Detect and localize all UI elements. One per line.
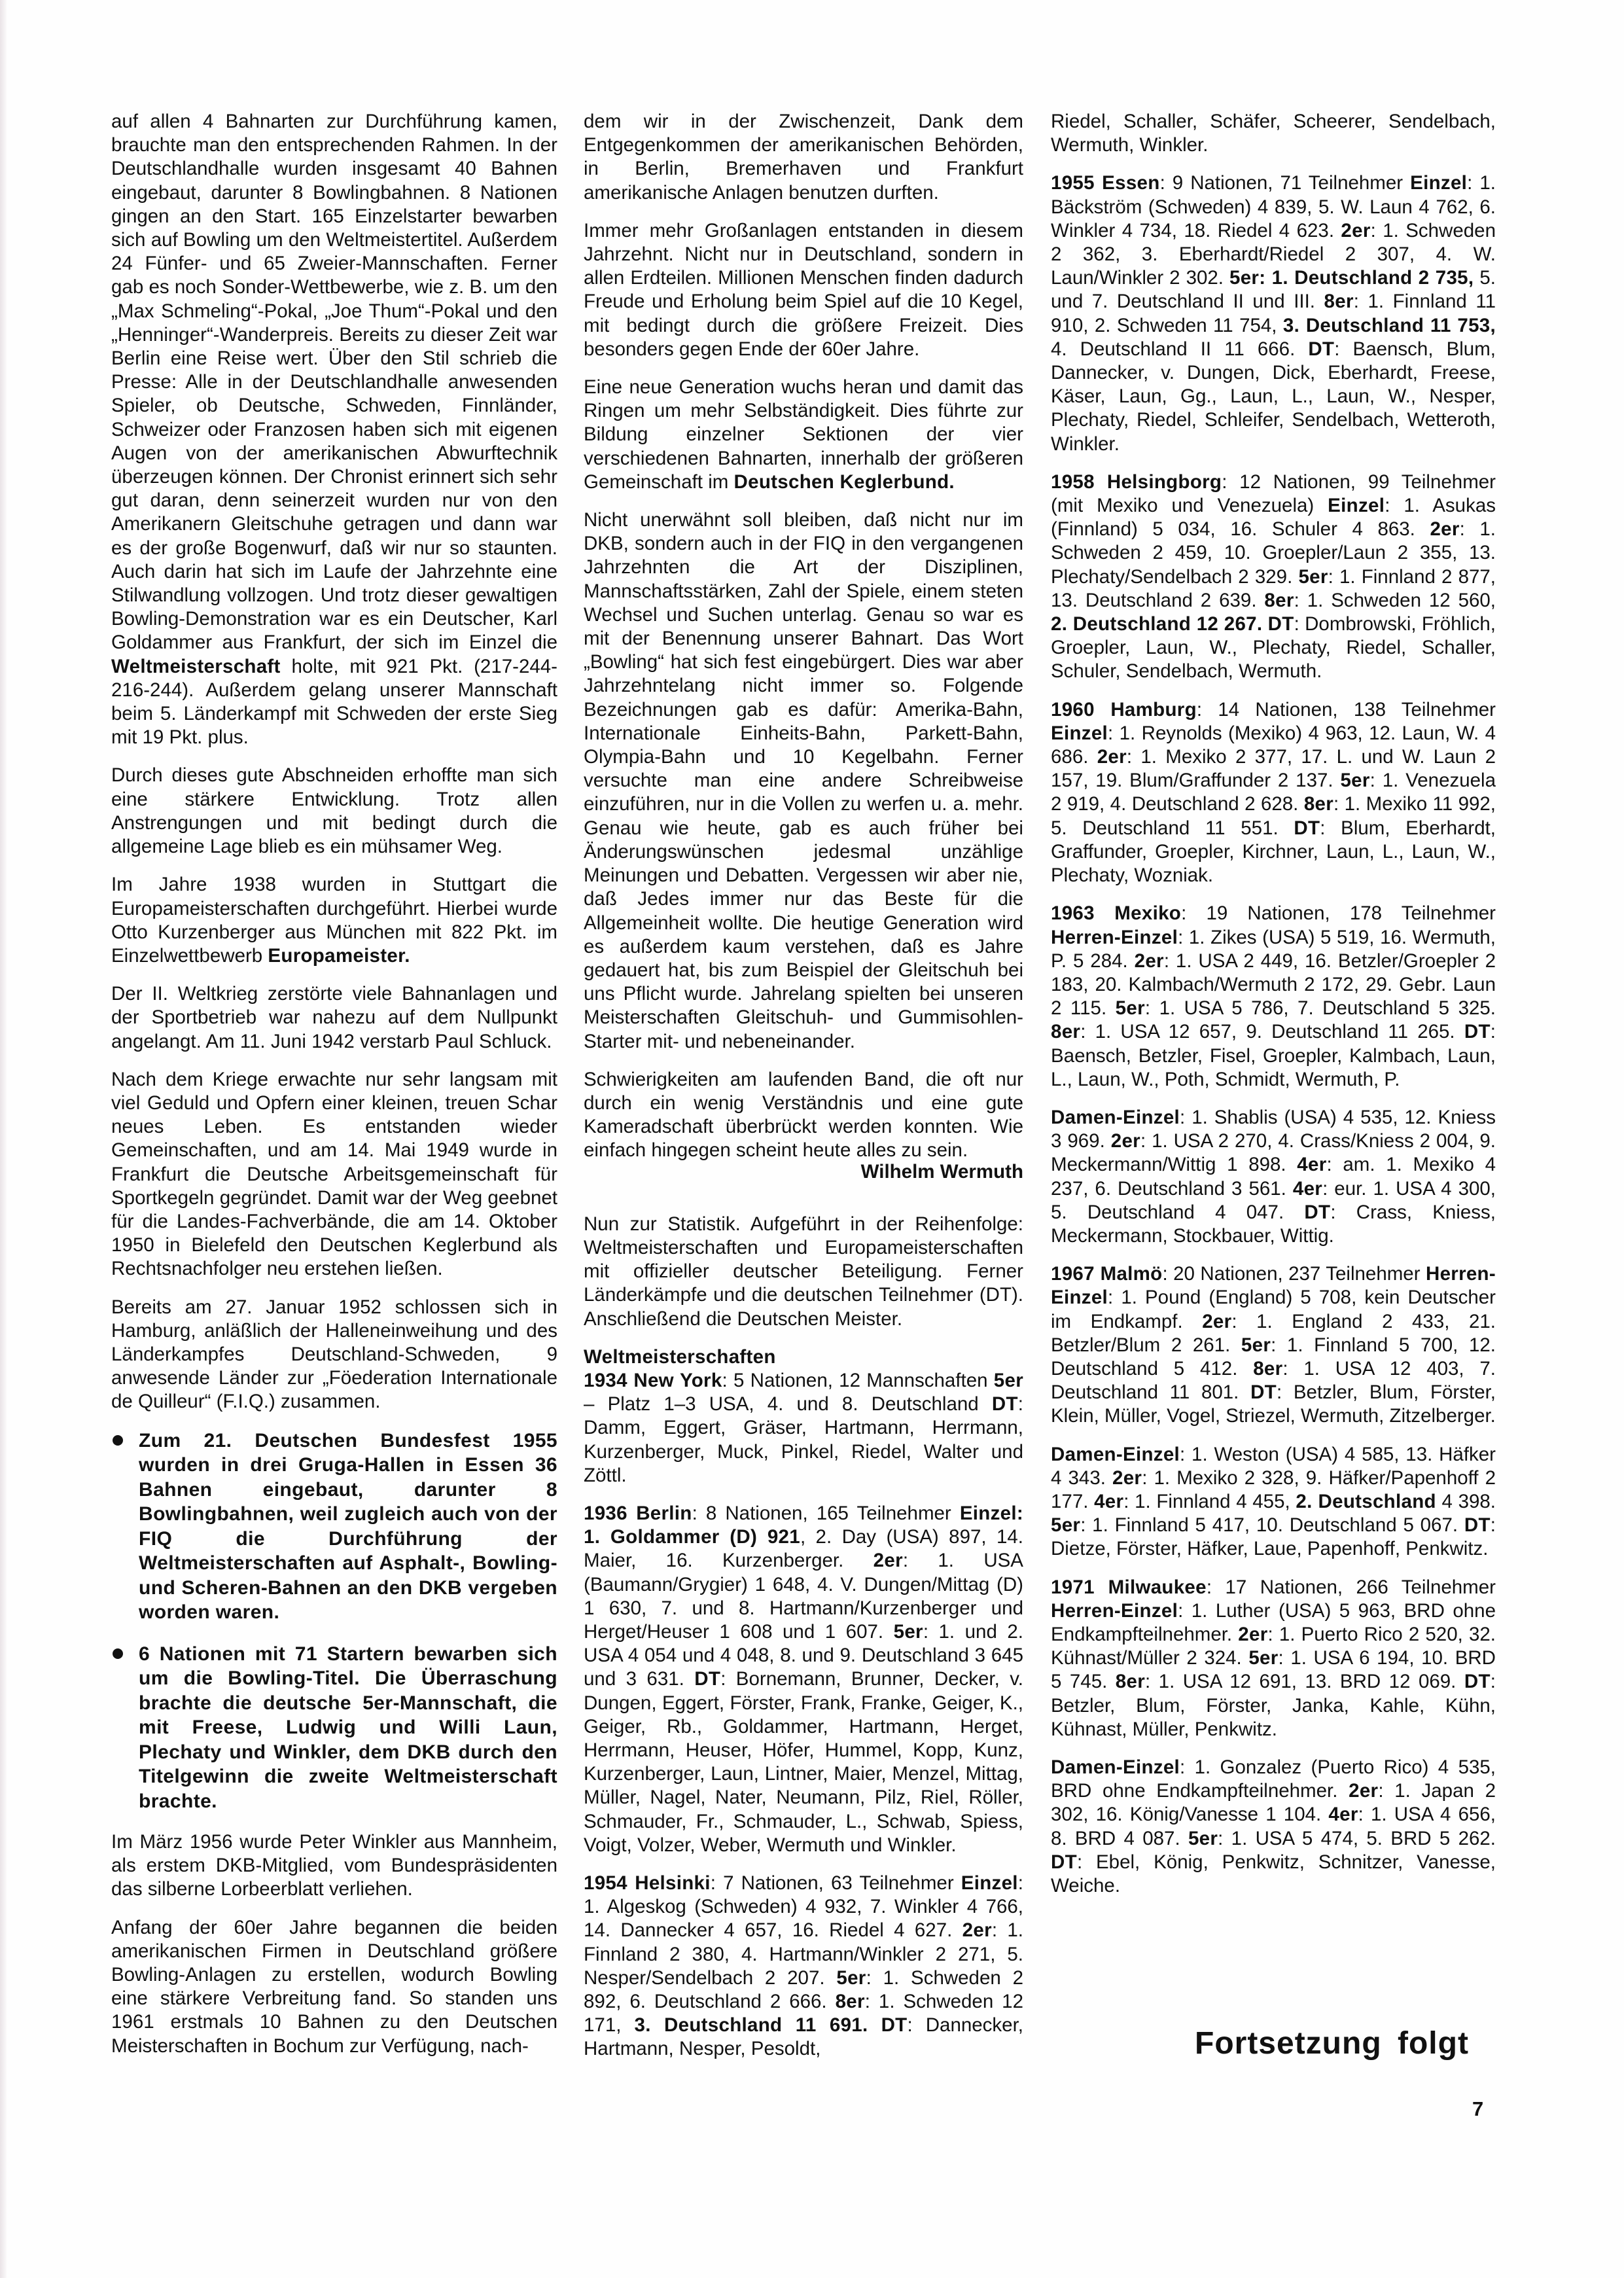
bold-text: Einzel [1328,495,1385,516]
paragraph: Riedel, Schaller, Schäfer, Scheerer, Sen… [1051,110,1496,157]
text: : 1. USA 12 657, 9. Deutschland 11 265. [1080,1021,1464,1042]
paragraph: Nach dem Kriege erwachte nur sehr langsa… [111,1068,557,1281]
text: Immer mehr Großanlagen entstanden in die… [584,220,1023,360]
bold-text: 1954 Helsinki [584,1872,711,1894]
bold-text: Herren-Einzel [1051,927,1178,948]
bold-text: 2er [1430,518,1459,540]
text: dem wir in der Zwischenzeit, Dank dem En… [584,111,1023,204]
text: : 1. Finnland 5 417, 10. Deutschland 5 0… [1080,1514,1464,1536]
bold-text: DT [1268,613,1294,635]
bold-text: 1958 Helsingborg [1051,471,1222,493]
document-page: auf allen 4 Bahnarten zur Durchführung k… [0,0,1624,2278]
bold-text: 1960 Hamburg [1051,699,1197,721]
text: Nach dem Kriege erwachte nur sehr langsa… [111,1069,557,1280]
text: : 1. USA 5 786, 7. Deutschland 5 325. [1145,997,1496,1019]
text-column-3: Riedel, Schaller, Schäfer, Scheerer, Sen… [1051,110,1496,1912]
bold-text: 4er [1328,1804,1358,1825]
bold-text: DT [1464,1021,1491,1042]
bold-text: Einzel [961,1872,1018,1894]
text: Zum 21. Deutschen Bundesfest 1955 wurden… [139,1430,557,1624]
bold-text: Herren-Einzel [1051,1600,1178,1622]
bold-text: 2er [1112,1467,1142,1489]
bold-text: 2. Deutschland [1296,1491,1436,1512]
paragraph: Nicht unerwähnt soll bleiben, daß nicht … [584,508,1023,1054]
text: Anfang der 60er Jahre begannen die beide… [111,1917,557,2057]
continuation-note: Fortsetzung folgt [1195,2025,1469,2061]
bold-text: 5er [1188,1828,1218,1849]
page-number: 7 [1472,2097,1483,2121]
bold-text: 4er [1094,1491,1123,1512]
bold-text: 1971 Milwaukee [1051,1576,1207,1598]
bold-text: 1955 Essen [1051,172,1160,194]
text: : 14 Nationen, 138 Teilnehmer [1197,699,1496,721]
text: : 1. USA 12 691, 13. BRD 12 069. [1145,1671,1464,1692]
paragraph: 1963 Mexiko: 19 Nationen, 178 Teilnehmer… [1051,902,1496,1092]
text: : Bornemann, Brunner, Decker, v. Dungen,… [584,1668,1023,1855]
paragraph: Der II. Weltkrieg zerstörte viele Bahnan… [111,982,557,1054]
text: Schwierigkeiten am laufenden Band, die o… [584,1069,1023,1162]
text: : 19 Nationen, 178 Teilnehmer [1181,902,1496,924]
text [868,2014,881,2036]
bold-text: Damen-Einzel [1051,1107,1180,1128]
paragraph: Nun zur Statistik. Aufgeführt in der Rei… [584,1213,1023,1331]
text: : 1. Schweden 12 560, [1294,590,1496,611]
text: : 5 Nationen, 12 Mannschaften [722,1370,994,1391]
bold-text: Damen-Einzel [1051,1444,1180,1465]
text: 4 398. [1436,1491,1496,1512]
bold-text: DT [1464,1671,1491,1692]
author-signature: Wilhelm Wermuth [584,1160,1023,1184]
bold-text: Weltmeisterschaft [111,656,281,677]
bold-text: DT [881,2014,908,2036]
text: : 17 Nationen, 266 Teilnehmer [1207,1576,1496,1598]
bold-text: 1934 New York [584,1370,722,1391]
bold-text: Damen-Einzel [1051,1756,1180,1778]
bold-text: DT [1308,338,1334,360]
paragraph: dem wir in der Zwischenzeit, Dank dem En… [584,110,1023,205]
bullet-dot-icon [113,1435,123,1446]
bold-text: 8er [1253,1358,1282,1379]
bold-text: 1967 Malmö [1051,1263,1163,1285]
bold-text: 2er [1202,1311,1231,1332]
bullet-item: 6 Nationen mit 71 Startern bewarben sich… [111,1642,557,1814]
bold-text: 1963 Mexiko [1051,902,1181,924]
text: Bereits am 27. Januar 1952 schlossen sic… [111,1296,557,1413]
bold-text: DT [694,1668,720,1690]
bold-text: 5er [1241,1334,1271,1356]
bold-text: Weltmeisterschaften [584,1346,776,1368]
bold-text: 2er [1349,1780,1378,1802]
text: Wilhelm Wermuth [861,1161,1023,1183]
text: – Platz 1–3 USA, 4. und 8. Deutschland [584,1393,992,1415]
bold-text: 2er [1238,1624,1267,1645]
bold-text: 8er [1324,291,1354,312]
text: : 8 Nationen, 165 Teilnehmer [692,1503,960,1524]
bold-text: 5er [836,1967,866,1989]
bold-text: 2er [1111,1130,1140,1152]
bold-text: 2er [962,1919,992,1941]
page-edge-shadow [0,0,7,2278]
text: Im März 1956 wurde Peter Winkler aus Man… [111,1831,557,1900]
bold-text: 5er [1298,566,1328,588]
bold-text: 5er [994,1370,1023,1391]
bold-text: Einzel [1051,722,1108,744]
bold-text: 8er [836,1991,865,2012]
paragraph: Schwierigkeiten am laufenden Band, die o… [584,1068,1023,1163]
paragraph: Durch dieses gute Abschneiden erhoffte m… [111,764,557,859]
bold-text: 8er [1304,793,1333,815]
paragraph: Damen-Einzel: 1. Shablis (USA) 4 535, 12… [1051,1106,1496,1248]
text [1262,613,1267,635]
paragraph: 1958 Helsingborg: 12 Nationen, 99 Teilne… [1051,471,1496,684]
bold-text: 5er [1340,770,1369,791]
paragraph: Im März 1956 wurde Peter Winkler aus Man… [111,1830,557,1902]
text: : 9 Nationen, 71 Teilnehmer [1160,172,1411,194]
bullet-dot-icon [113,1648,123,1659]
text: Nun zur Statistik. Aufgeführt in der Rei… [584,1213,1023,1330]
text: Riedel, Schaller, Schäfer, Scheerer, Sen… [1051,111,1496,156]
paragraph: 1936 Berlin: 8 Nationen, 165 Teilnehmer … [584,1502,1023,1857]
bold-text: Einzel [1410,172,1467,194]
paragraph: 1934 New York: 5 Nationen, 12 Mannschaft… [584,1369,1023,1487]
bold-text: 2. Deutschland 12 267. [1051,613,1262,635]
bold-text: 5er [894,1621,923,1643]
paragraph: Anfang der 60er Jahre begannen die beide… [111,1916,557,2058]
bold-text: Europameister. [268,945,410,967]
section-heading: Weltmeisterschaften [584,1345,1023,1369]
bold-text: 2er [1135,950,1164,972]
bold-text: 4er [1293,1178,1322,1200]
paragraph: Damen-Einzel: 1. Gonzalez (Puerto Rico) … [1051,1756,1496,1898]
bold-text: DT [992,1393,1018,1415]
paragraph: 1971 Milwaukee: 17 Nationen, 266 Teilneh… [1051,1576,1496,1741]
text: : 1. USA 5 474, 5. BRD 5 262. [1218,1828,1496,1849]
bold-text: 1936 Berlin [584,1503,692,1524]
bold-text: DT [1464,1514,1491,1536]
text: : Ebel, König, Penkwitz, Schnitzer, Vane… [1051,1851,1496,1896]
bold-text: 5er: 1. Deutschland 2 735, [1229,267,1474,289]
bold-text: 2er [874,1550,903,1571]
text: 4. Deutschland II 11 666. [1051,338,1308,360]
bold-text: DT [1250,1381,1277,1403]
text: Durch dieses gute Abschneiden erhoffte m… [111,764,557,857]
text: auf allen 4 Bahnarten zur Durchführung k… [111,111,557,653]
text: Der II. Weltkrieg zerstörte viele Bahnan… [111,983,557,1052]
text-column-1: auf allen 4 Bahnarten zur Durchführung k… [111,110,557,2073]
bold-text: 8er [1264,590,1294,611]
paragraph: Immer mehr Großanlagen entstanden in die… [584,219,1023,361]
bold-text: DT [1304,1201,1330,1223]
bold-text: DT [1294,817,1320,839]
text: Nicht unerwähnt soll bleiben, daß nicht … [584,509,1023,1052]
bold-text: 5er [1116,997,1145,1019]
bold-text: Deutschen Keglerbund. [734,471,955,493]
bold-text: 4er [1297,1154,1326,1175]
bold-text: DT [1051,1851,1077,1873]
bold-text: 5er [1051,1514,1080,1536]
bold-text: 3. Deutschland 11 691. [634,2014,868,2036]
paragraph: Eine neue Generation wuchs heran und dam… [584,376,1023,494]
paragraph: 1955 Essen: 9 Nationen, 71 Teilnehmer Ei… [1051,171,1496,455]
bullet-item: Zum 21. Deutschen Bundesfest 1955 wurden… [111,1429,557,1625]
text-column-2: dem wir in der Zwischenzeit, Dank dem En… [584,110,1023,2076]
paragraph: Damen-Einzel: 1. Weston (USA) 4 585, 13.… [1051,1443,1496,1561]
text: 6 Nationen mit 71 Startern bewarben sich… [139,1643,557,1812]
paragraph: Bereits am 27. Januar 1952 schlossen sic… [111,1296,557,1414]
bold-text: 8er [1051,1021,1080,1042]
bold-text: 3. Deutschland 11 753, [1283,315,1496,336]
text: : 7 Nationen, 63 Teilnehmer [711,1872,961,1894]
paragraph: Im Jahre 1938 wurden in Stuttgart die Eu… [111,873,557,968]
bold-text: 5er [1248,1647,1278,1669]
text: : 20 Nationen, 237 Teilnehmer [1163,1263,1426,1285]
text: : 1. Finnland 4 455, [1123,1491,1296,1512]
bold-text: 8er [1116,1671,1145,1692]
paragraph: auf allen 4 Bahnarten zur Durchführung k… [111,110,557,749]
bold-text: 2er [1097,746,1127,768]
bold-text: 2er [1341,220,1370,241]
paragraph: 1967 Malmö: 20 Nationen, 237 Teilnehmer … [1051,1262,1496,1428]
paragraph: 1960 Hamburg: 14 Nationen, 138 Teilnehme… [1051,698,1496,888]
paragraph: 1954 Helsinki: 7 Nationen, 63 Teilnehmer… [584,1872,1023,2061]
